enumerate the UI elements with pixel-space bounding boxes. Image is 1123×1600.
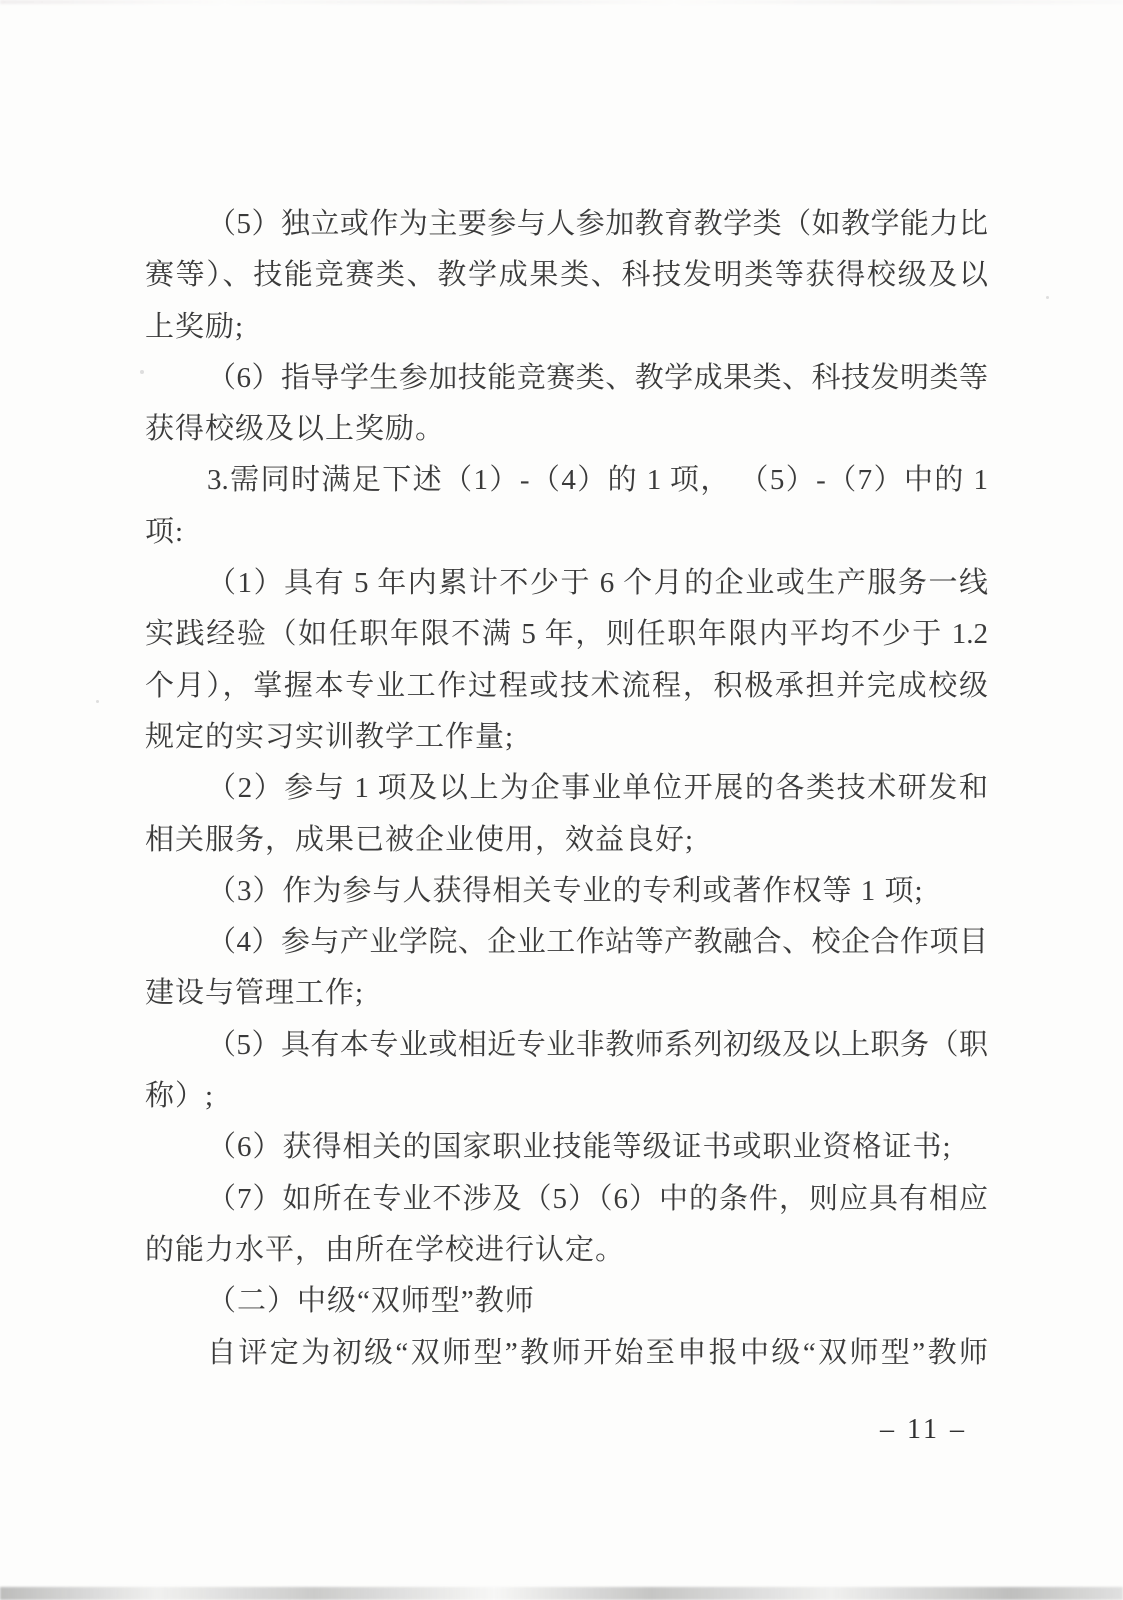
text-line: 赛等）、技能竞赛类、教学成果类、科技发明类等获得校级及以 [145,250,988,301]
text-line: 个月），掌握本专业工作过程或技术流程，积极承担并完成校级 [145,661,988,712]
document-page: （5）独立或作为主要参与人参加教育教学类（如教学能力比赛等）、技能竞赛类、教学成… [0,0,1123,1600]
text-line: 相关服务，成果已被企业使用，效益良好; [145,815,988,866]
document-body: （5）独立或作为主要参与人参加教育教学类（如教学能力比赛等）、技能竞赛类、教学成… [145,199,988,1379]
text-line: （6）获得相关的国家职业技能等级证书或职业资格证书; [145,1122,988,1173]
text-line: 3.需同时满足下述（1）-（4）的 1 项， （5）-（7）中的 1 [145,455,988,506]
page-number: – 11 – [880,1408,967,1452]
text-line: 获得校级及以上奖励。 [145,404,988,455]
text-line: 项: [145,507,988,558]
text-line: （7）如所在专业不涉及（5）（6）中的条件，则应具有相应 [145,1174,988,1225]
text-line: 上奖励; [145,302,988,353]
text-line: 建设与管理工作; [145,968,988,1019]
text-line: 实践经验（如任职年限不满 5 年，则任职年限内平均不少于 1.2 [145,609,988,660]
scan-speck [1046,296,1049,299]
text-line: 规定的实习实训教学工作量; [145,712,988,763]
text-line: （5）具有本专业或相近专业非教师系列初级及以上职务（职 [145,1020,988,1071]
text-line: （6）指导学生参加技能竞赛类、教学成果类、科技发明类等 [145,353,988,404]
text-line: （4）参与产业学院、企业工作站等产教融合、校企合作项目 [145,917,988,968]
text-line: （2）参与 1 项及以上为企事业单位开展的各类技术研发和 [145,763,988,814]
scan-speck [140,370,144,374]
text-line: （3）作为参与人获得相关专业的专利或著作权等 1 项; [145,866,988,917]
text-line: 自评定为初级“双师型”教师开始至申报中级“双师型”教师 [145,1328,988,1379]
text-line: （1）具有 5 年内累计不少于 6 个月的企业或生产服务一线 [145,558,988,609]
scan-noise-top [0,0,1123,4]
scan-speck [96,700,99,703]
text-line: （5）独立或作为主要参与人参加教育教学类（如教学能力比 [145,199,988,250]
text-line: （二）中级“双师型”教师 [145,1276,988,1327]
text-line: 的能力水平，由所在学校进行认定。 [145,1225,988,1276]
scan-noise-bottom [0,1587,1123,1600]
text-line: 称）; [145,1071,988,1122]
